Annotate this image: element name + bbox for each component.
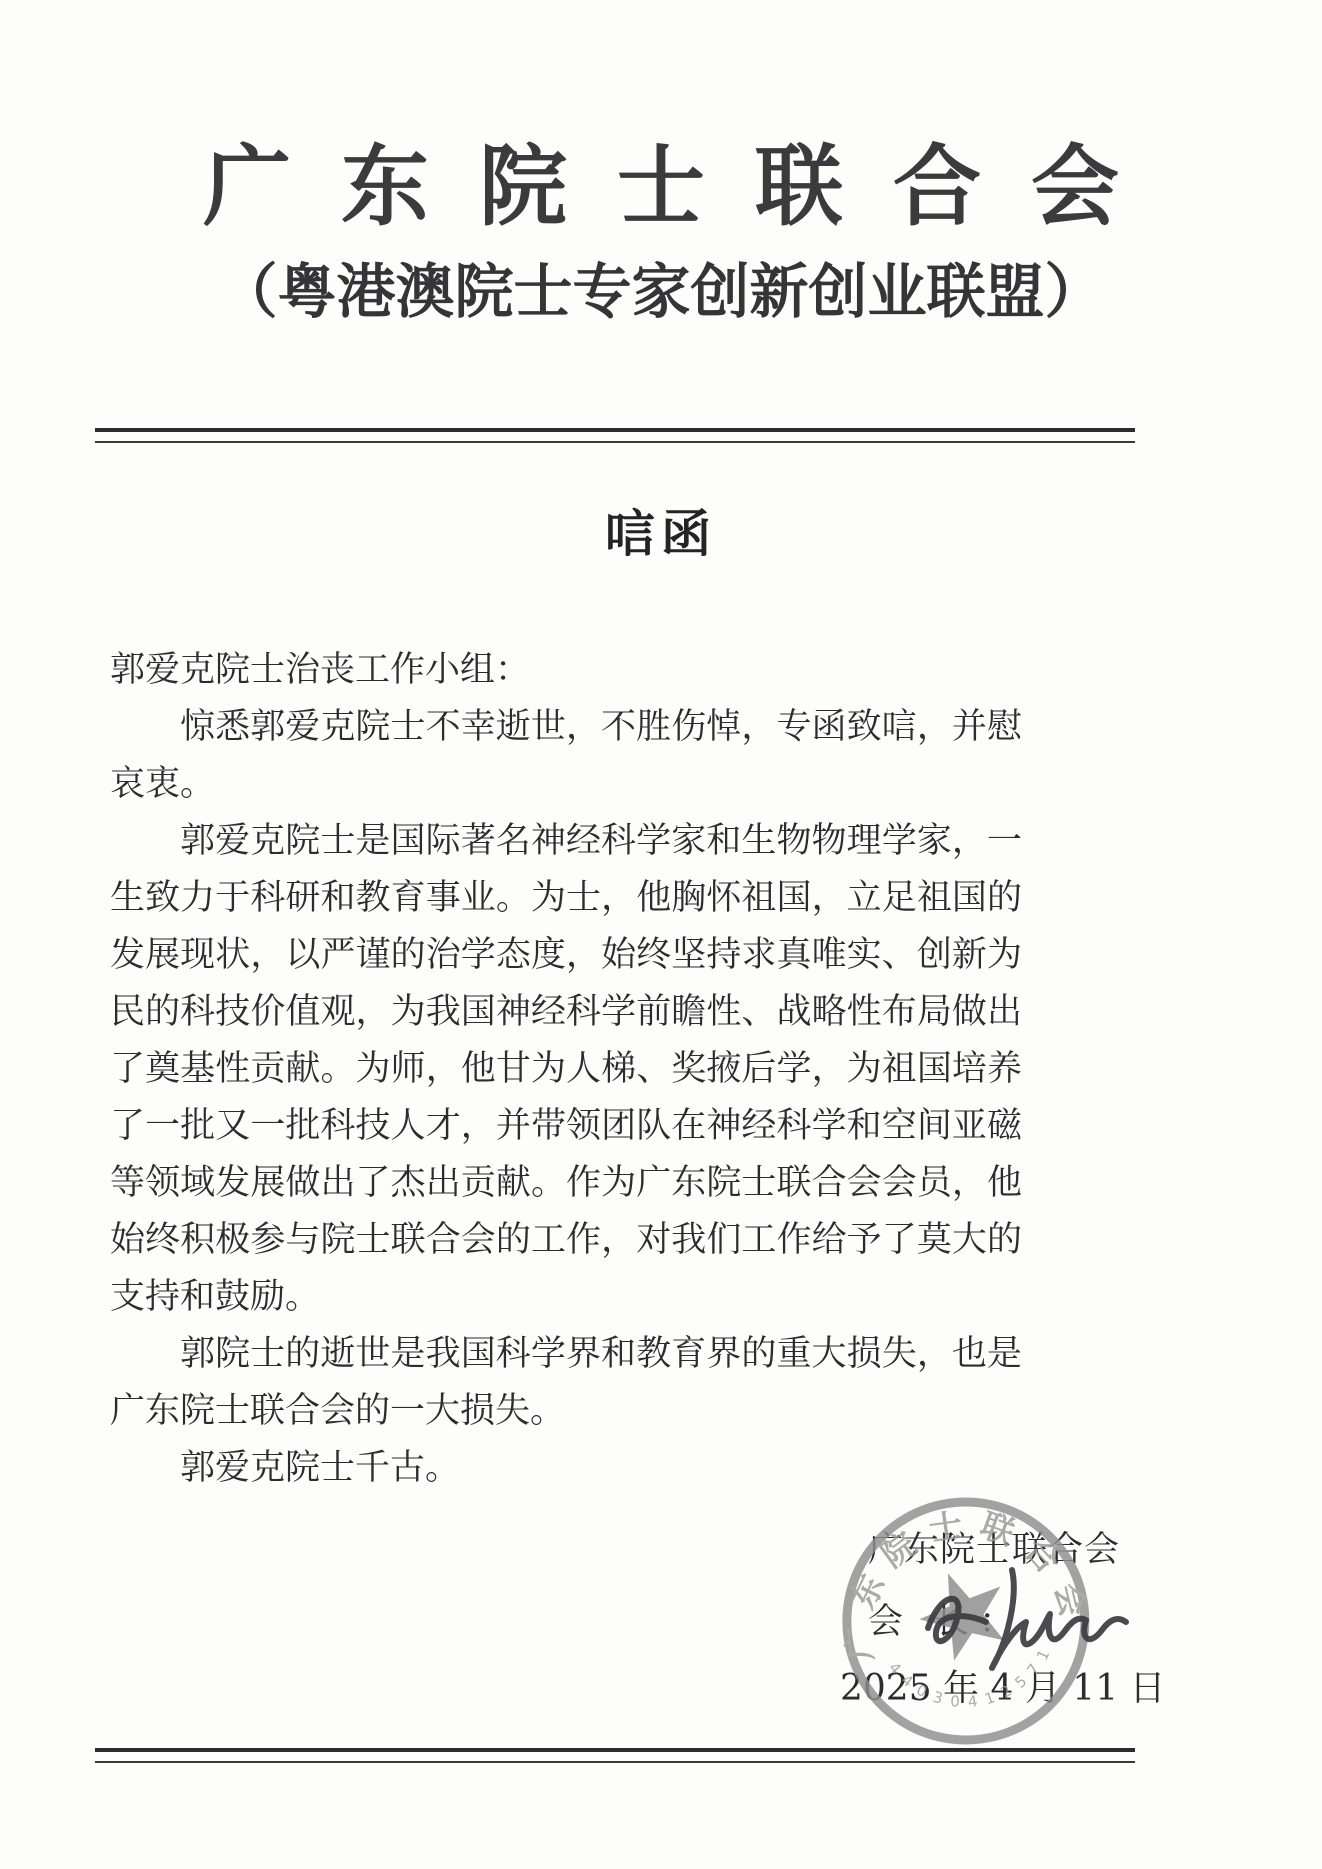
paragraph-1: 惊悉郭爱克院士不幸逝世，不胜伤悼，专函致唁，并慰哀衷。	[110, 699, 1022, 813]
signature-stroke-2	[992, 1570, 1126, 1668]
paragraph-4: 郭爱克院士千古。	[110, 1440, 1022, 1497]
president-signature	[900, 1556, 1150, 1696]
letter-body: 郭爱克院士治丧工作小组： 惊悉郭爱克院士不幸逝世，不胜伤悼，专函致唁，并慰哀衷。…	[110, 642, 1022, 1497]
top-double-rule	[95, 428, 1135, 443]
signature-stroke-1	[928, 1599, 986, 1641]
salutation: 郭爱克院士治丧工作小组：	[110, 642, 1022, 699]
paragraph-2: 郭爱克院士是国际著名神经科学家和生物物理学家，一生致力于科研和教育事业。为士，他…	[110, 813, 1022, 1326]
letter-title: 唁函	[0, 494, 1322, 566]
bottom-double-rule	[95, 1748, 1135, 1763]
condolence-letter-page: 广东院士联合会 （粤港澳院士专家创新创业联盟） 唁函 郭爱克院士治丧工作小组： …	[0, 0, 1322, 1869]
paragraph-3: 郭院士的逝世是我国科学界和教育界的重大损失，也是广东院士联合会的一大损失。	[110, 1326, 1022, 1440]
letterhead-org-name: 广东院士联合会	[0, 138, 1322, 235]
letterhead-org-alias: （粤港澳院士专家创新创业联盟）	[0, 258, 1322, 326]
